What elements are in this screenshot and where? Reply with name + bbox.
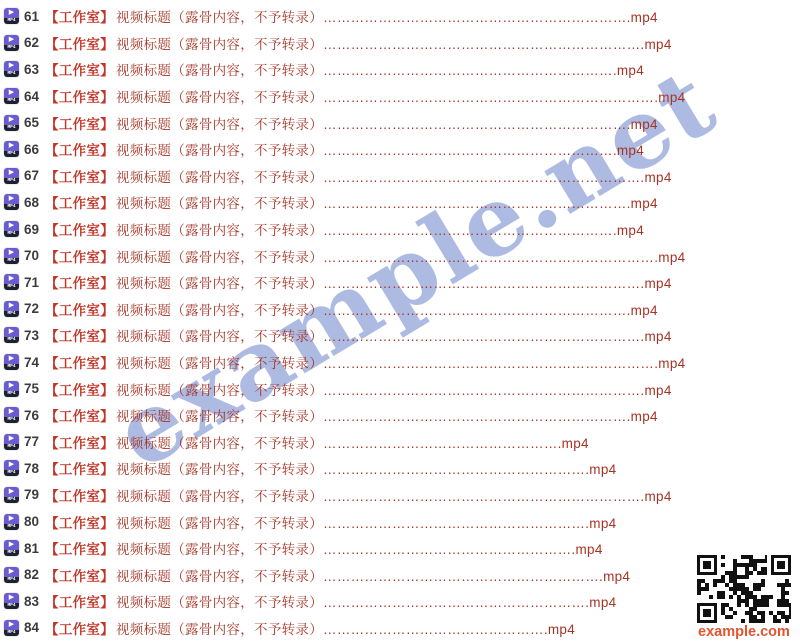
mp4-file-icon: ▶ MP4: [4, 407, 19, 423]
row-number: 67: [24, 168, 39, 183]
mp4-ext-label: MP4: [4, 311, 19, 317]
video-title-text: 视频标题（露骨内容，不予转录）………………………………………………………….mp…: [116, 409, 658, 424]
video-title[interactable]: 【工作室】视频标题（露骨内容，不予转录）………………………………………………………: [45, 166, 672, 186]
play-icon: ▶: [4, 248, 19, 258]
list-item[interactable]: ▶ MP4 84 【工作室】视频标题（露骨内容，不予转录）………………………………: [0, 615, 800, 642]
mp4-file-icon: ▶ MP4: [4, 514, 19, 530]
play-icon: ▶: [4, 434, 19, 444]
row-number: 72: [24, 301, 39, 316]
list-item[interactable]: ▶ MP4 62 【工作室】视频标题（露骨内容，不予转录）………………………………: [0, 30, 800, 57]
video-title-text: 视频标题（露骨内容，不予转录）……………………………………………………………….…: [116, 250, 685, 265]
list-item[interactable]: ▶ MP4 69 【工作室】视频标题（露骨内容，不予转录）………………………………: [0, 216, 800, 243]
mp4-file-icon: ▶ MP4: [4, 487, 19, 503]
play-icon: ▶: [4, 274, 19, 284]
list-item[interactable]: ▶ MP4 79 【工作室】视频标题（露骨内容，不予转录）………………………………: [0, 482, 800, 509]
studio-tag: 【工作室】: [45, 10, 114, 25]
play-icon: ▶: [4, 194, 19, 204]
list-item[interactable]: ▶ MP4 72 【工作室】视频标题（露骨内容，不予转录）………………………………: [0, 296, 800, 323]
video-title[interactable]: 【工作室】视频标题（露骨内容，不予转录）………………………………………………………: [45, 139, 644, 159]
studio-tag: 【工作室】: [45, 170, 114, 185]
row-number: 63: [24, 62, 39, 77]
play-icon: ▶: [4, 8, 19, 18]
row-number: 83: [24, 594, 39, 609]
play-icon: ▶: [4, 168, 19, 178]
video-title-text: 视频标题（露骨内容，不予转录）…………………………………………………………….m…: [116, 170, 672, 185]
mp4-ext-label: MP4: [4, 98, 19, 104]
video-title-text: 视频标题（露骨内容，不予转录）……………………………………………………….mp4: [116, 143, 644, 158]
list-item[interactable]: ▶ MP4 65 【工作室】视频标题（露骨内容，不予转录）………………………………: [0, 109, 800, 136]
video-title[interactable]: 【工作室】视频标题（露骨内容，不予转录）………………………………………………………: [45, 86, 685, 106]
list-item[interactable]: ▶ MP4 76 【工作室】视频标题（露骨内容，不予转录）………………………………: [0, 402, 800, 429]
mp4-ext-label: MP4: [4, 18, 19, 24]
mp4-file-icon: ▶ MP4: [4, 194, 19, 210]
video-title-text: 视频标题（露骨内容，不予转录）…………………………………………………………….m…: [116, 383, 672, 398]
row-number: 73: [24, 328, 39, 343]
row-number: 68: [24, 195, 39, 210]
play-icon: ▶: [4, 620, 19, 630]
video-title-text: 视频标题（露骨内容，不予转录）………………………………………………………….mp…: [116, 196, 658, 211]
video-title-text: 视频标题（露骨内容，不予转录）……………………………………………………….mp4: [116, 223, 644, 238]
studio-tag: 【工作室】: [45, 542, 114, 557]
qr-block: example.com: [694, 555, 794, 640]
mp4-ext-label: MP4: [4, 178, 19, 184]
row-number: 69: [24, 222, 39, 237]
video-title[interactable]: 【工作室】视频标题（露骨内容，不予转录）………………………………………………………: [45, 485, 672, 505]
mp4-ext-label: MP4: [4, 577, 19, 583]
video-title-text: 视频标题（露骨内容，不予转录）………………………………………………….mp4: [116, 595, 616, 610]
list-item[interactable]: ▶ MP4 83 【工作室】视频标题（露骨内容，不予转录）………………………………: [0, 588, 800, 615]
row-number: 65: [24, 115, 39, 130]
mp4-file-icon: ▶ MP4: [4, 354, 19, 370]
play-icon: ▶: [4, 115, 19, 125]
mp4-file-icon: ▶ MP4: [4, 274, 19, 290]
video-title[interactable]: 【工作室】视频标题（露骨内容，不予转录）………………………………………………………: [45, 192, 658, 212]
list-item[interactable]: ▶ MP4 68 【工作室】视频标题（露骨内容，不予转录）………………………………: [0, 189, 800, 216]
video-title-text: 视频标题（露骨内容，不予转录）…………………………………………………………….m…: [116, 489, 672, 504]
row-number: 81: [24, 541, 39, 556]
mp4-file-icon: ▶ MP4: [4, 115, 19, 131]
play-icon: ▶: [4, 540, 19, 550]
video-title-text: 视频标题（露骨内容，不予转录）………………………………………………….mp4: [116, 462, 616, 477]
play-icon: ▶: [4, 487, 19, 497]
mp4-file-icon: ▶ MP4: [4, 381, 19, 397]
video-title[interactable]: 【工作室】视频标题（露骨内容，不予转录）………………………………………………………: [45, 299, 658, 319]
video-title-text: 视频标题（露骨内容，不予转录）…………………………………………………….mp4: [116, 569, 630, 584]
row-number: 64: [24, 89, 39, 104]
video-title[interactable]: 【工作室】视频标题（露骨内容，不予转录）………………………………………………………: [45, 6, 658, 26]
row-number: 71: [24, 275, 39, 290]
file-list: ▶ MP4 61 【工作室】视频标题（露骨内容，不予转录）………………………………: [0, 0, 800, 644]
row-number: 77: [24, 434, 39, 449]
mp4-ext-label: MP4: [4, 151, 19, 157]
video-title[interactable]: 【工作室】视频标题（露骨内容，不予转录）………………………………………………………: [45, 325, 672, 345]
play-icon: ▶: [4, 381, 19, 391]
studio-tag: 【工作室】: [45, 595, 114, 610]
qr-code: [697, 555, 791, 623]
mp4-ext-label: MP4: [4, 524, 19, 530]
row-number: 78: [24, 461, 39, 476]
video-title[interactable]: 【工作室】视频标题（露骨内容，不予转录）………………………………………………………: [45, 33, 672, 53]
row-number: 76: [24, 408, 39, 423]
studio-tag: 【工作室】: [45, 436, 114, 451]
video-title[interactable]: 【工作室】视频标题（露骨内容，不予转录）………………………………………………….…: [45, 458, 616, 478]
mp4-ext-label: MP4: [4, 364, 19, 370]
play-icon: ▶: [4, 35, 19, 45]
video-title-text: 视频标题（露骨内容，不予转录）……………………………………………….mp4: [116, 542, 603, 557]
studio-tag: 【工作室】: [45, 117, 114, 132]
list-item[interactable]: ▶ MP4 70 【工作室】视频标题（露骨内容，不予转录）………………………………: [0, 242, 800, 269]
play-icon: ▶: [4, 88, 19, 98]
video-title[interactable]: 【工作室】视频标题（露骨内容，不予转录）………………………………………………………: [45, 565, 630, 585]
studio-tag: 【工作室】: [45, 37, 114, 52]
list-item[interactable]: ▶ MP4 66 【工作室】视频标题（露骨内容，不予转录）………………………………: [0, 136, 800, 163]
list-item[interactable]: ▶ MP4 64 【工作室】视频标题（露骨内容，不予转录）………………………………: [0, 83, 800, 110]
row-number: 66: [24, 142, 39, 157]
studio-tag: 【工作室】: [45, 250, 114, 265]
play-icon: ▶: [4, 221, 19, 231]
mp4-file-icon: ▶ MP4: [4, 141, 19, 157]
mp4-ext-label: MP4: [4, 125, 19, 131]
row-number: 80: [24, 514, 39, 529]
list-item[interactable]: ▶ MP4 81 【工作室】视频标题（露骨内容，不予转录）………………………………: [0, 535, 800, 562]
qr-site-caption: example.com: [694, 624, 794, 640]
play-icon: ▶: [4, 567, 19, 577]
mp4-ext-label: MP4: [4, 417, 19, 423]
row-number: 79: [24, 487, 39, 502]
mp4-ext-label: MP4: [4, 71, 19, 77]
video-title[interactable]: 【工作室】视频标题（露骨内容，不予转录）………………………………………………………: [45, 219, 644, 239]
play-icon: ▶: [4, 141, 19, 151]
video-title-text: 视频标题（露骨内容，不予转录）………………………………………………………….mp…: [116, 303, 658, 318]
video-title[interactable]: 【工作室】视频标题（露骨内容，不予转录）………………………………………………………: [45, 246, 685, 266]
video-title-text: 视频标题（露骨内容，不予转录）……………………………………………………………….…: [116, 356, 685, 371]
mp4-ext-label: MP4: [4, 630, 19, 636]
list-item[interactable]: ▶ MP4 74 【工作室】视频标题（露骨内容，不予转录）………………………………: [0, 349, 800, 376]
mp4-file-icon: ▶ MP4: [4, 434, 19, 450]
studio-tag: 【工作室】: [45, 489, 114, 504]
studio-tag: 【工作室】: [45, 223, 114, 238]
mp4-ext-label: MP4: [4, 470, 19, 476]
list-item[interactable]: ▶ MP4 80 【工作室】视频标题（露骨内容，不予转录）………………………………: [0, 508, 800, 535]
mp4-file-icon: ▶ MP4: [4, 620, 19, 636]
mp4-ext-label: MP4: [4, 444, 19, 450]
row-number: 70: [24, 248, 39, 263]
mp4-file-icon: ▶ MP4: [4, 35, 19, 51]
play-icon: ▶: [4, 327, 19, 337]
play-icon: ▶: [4, 61, 19, 71]
mp4-file-icon: ▶ MP4: [4, 248, 19, 264]
studio-tag: 【工作室】: [45, 462, 114, 477]
mp4-file-icon: ▶ MP4: [4, 221, 19, 237]
studio-tag: 【工作室】: [45, 329, 114, 344]
video-title-text: 视频标题（露骨内容，不予转录）…………………………………………………………….m…: [116, 276, 672, 291]
list-item[interactable]: ▶ MP4 82 【工作室】视频标题（露骨内容，不予转录）………………………………: [0, 561, 800, 588]
studio-tag: 【工作室】: [45, 303, 114, 318]
mp4-file-icon: ▶ MP4: [4, 61, 19, 77]
mp4-file-icon: ▶ MP4: [4, 301, 19, 317]
studio-tag: 【工作室】: [45, 63, 114, 78]
video-title-text: 视频标题（露骨内容，不予转录）………………………………………………………….mp…: [116, 10, 658, 25]
video-title[interactable]: 【工作室】视频标题（露骨内容，不予转录）………………………………………………………: [45, 113, 658, 133]
mp4-ext-label: MP4: [4, 603, 19, 609]
mp4-file-icon: ▶ MP4: [4, 593, 19, 609]
mp4-ext-label: MP4: [4, 497, 19, 503]
list-item[interactable]: ▶ MP4 67 【工作室】视频标题（露骨内容，不予转录）………………………………: [0, 163, 800, 190]
mp4-ext-label: MP4: [4, 284, 19, 290]
list-item[interactable]: ▶ MP4 75 【工作室】视频标题（露骨内容，不予转录）………………………………: [0, 375, 800, 402]
row-number: 62: [24, 35, 39, 50]
studio-tag: 【工作室】: [45, 143, 114, 158]
video-title-text: 视频标题（露骨内容，不予转录）……………………………………………………….mp4: [116, 63, 644, 78]
mp4-file-icon: ▶ MP4: [4, 540, 19, 556]
list-item[interactable]: ▶ MP4 61 【工作室】视频标题（露骨内容，不予转录）………………………………: [0, 3, 800, 30]
mp4-file-icon: ▶ MP4: [4, 8, 19, 24]
video-title[interactable]: 【工作室】视频标题（露骨内容，不予转录）…………………………………………….mp…: [45, 432, 589, 452]
mp4-ext-label: MP4: [4, 204, 19, 210]
mp4-ext-label: MP4: [4, 258, 19, 264]
mp4-ext-label: MP4: [4, 550, 19, 556]
video-title[interactable]: 【工作室】视频标题（露骨内容，不予转录）………………………………………………………: [45, 379, 672, 399]
studio-tag: 【工作室】: [45, 196, 114, 211]
video-title[interactable]: 【工作室】视频标题（露骨内容，不予转录）………………………………………………………: [45, 352, 685, 372]
row-number: 84: [24, 620, 39, 635]
row-number: 61: [24, 9, 39, 24]
mp4-file-icon: ▶ MP4: [4, 88, 19, 104]
mp4-file-icon: ▶ MP4: [4, 168, 19, 184]
play-icon: ▶: [4, 407, 19, 417]
play-icon: ▶: [4, 354, 19, 364]
mp4-ext-label: MP4: [4, 337, 19, 343]
video-title-text: 视频标题（露骨内容，不予转录）………………………………………………….mp4: [116, 516, 616, 531]
video-title[interactable]: 【工作室】视频标题（露骨内容，不予转录）………………………………………………………: [45, 272, 672, 292]
play-icon: ▶: [4, 301, 19, 311]
list-item[interactable]: ▶ MP4 71 【工作室】视频标题（露骨内容，不予转录）………………………………: [0, 269, 800, 296]
play-icon: ▶: [4, 514, 19, 524]
mp4-ext-label: MP4: [4, 45, 19, 51]
play-icon: ▶: [4, 460, 19, 470]
mp4-file-icon: ▶ MP4: [4, 327, 19, 343]
list-item[interactable]: ▶ MP4 73 【工作室】视频标题（露骨内容，不予转录）………………………………: [0, 322, 800, 349]
video-title-text: 视频标题（露骨内容，不予转录）………………………………………………………….mp…: [116, 117, 658, 132]
studio-tag: 【工作室】: [45, 569, 114, 584]
video-title[interactable]: 【工作室】视频标题（露骨内容，不予转录）……………………………………………….m…: [45, 538, 603, 558]
list-item[interactable]: ▶ MP4 63 【工作室】视频标题（露骨内容，不予转录）………………………………: [0, 56, 800, 83]
video-title-text: 视频标题（露骨内容，不予转录）……………………………………………………………….…: [116, 90, 685, 105]
row-number: 74: [24, 355, 39, 370]
mp4-file-icon: ▶ MP4: [4, 567, 19, 583]
video-title[interactable]: 【工作室】视频标题（露骨内容，不予转录）………………………………………………….…: [45, 591, 616, 611]
mp4-ext-label: MP4: [4, 391, 19, 397]
list-item[interactable]: ▶ MP4 77 【工作室】视频标题（露骨内容，不予转录）………………………………: [0, 429, 800, 456]
studio-tag: 【工作室】: [45, 90, 114, 105]
studio-tag: 【工作室】: [45, 622, 114, 637]
video-title[interactable]: 【工作室】视频标题（露骨内容，不予转录）………………………………………….mp4: [45, 618, 575, 638]
video-title-text: 视频标题（露骨内容，不予转录）…………………………………………….mp4: [116, 436, 589, 451]
video-title-text: 视频标题（露骨内容，不予转录）…………………………………………………………….m…: [116, 37, 672, 52]
studio-tag: 【工作室】: [45, 516, 114, 531]
studio-tag: 【工作室】: [45, 409, 114, 424]
video-title-text: 视频标题（露骨内容，不予转录）…………………………………………………………….m…: [116, 329, 672, 344]
row-number: 82: [24, 567, 39, 582]
mp4-ext-label: MP4: [4, 231, 19, 237]
row-number: 75: [24, 381, 39, 396]
studio-tag: 【工作室】: [45, 383, 114, 398]
studio-tag: 【工作室】: [45, 356, 114, 371]
video-title[interactable]: 【工作室】视频标题（露骨内容，不予转录）………………………………………………….…: [45, 512, 616, 532]
studio-tag: 【工作室】: [45, 276, 114, 291]
play-icon: ▶: [4, 593, 19, 603]
video-title[interactable]: 【工作室】视频标题（露骨内容，不予转录）………………………………………………………: [45, 59, 644, 79]
list-item[interactable]: ▶ MP4 78 【工作室】视频标题（露骨内容，不予转录）………………………………: [0, 455, 800, 482]
mp4-file-icon: ▶ MP4: [4, 460, 19, 476]
video-title-text: 视频标题（露骨内容，不予转录）………………………………………….mp4: [116, 622, 575, 637]
video-title[interactable]: 【工作室】视频标题（露骨内容，不予转录）………………………………………………………: [45, 405, 658, 425]
